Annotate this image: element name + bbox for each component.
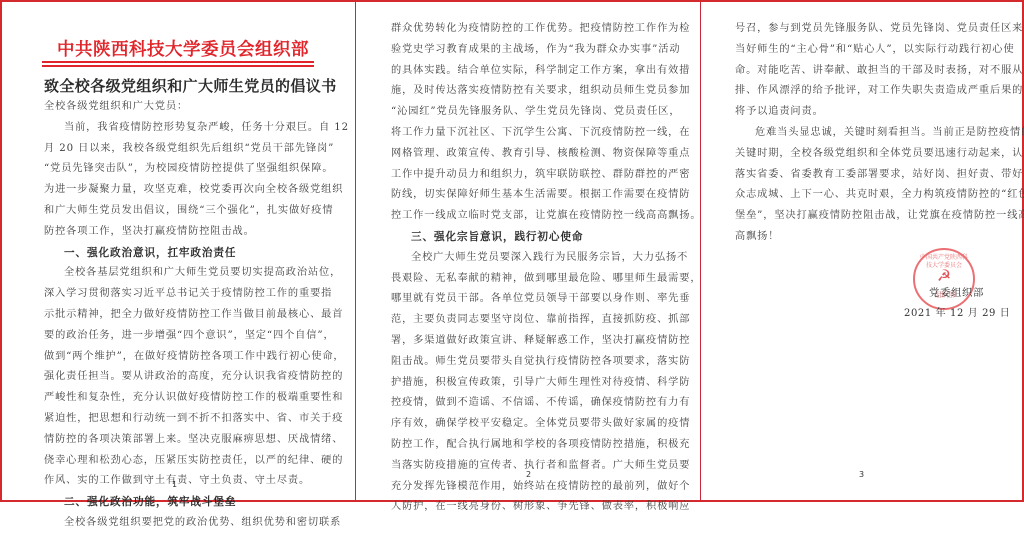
text-line: 验党史学习教育成果的主战场，作为“我为群众办实事”活动 — [391, 40, 701, 61]
official-seal-stamp: 中国共产党陕西科技大学委员会 ☭ 组织部 — [913, 248, 975, 310]
text-line: 阻击战。师生党员要带头自觉执行疫情防控各项要求，落实防 — [391, 352, 701, 373]
text-line: 将工作力量下沉社区、下沉学生公寓、下沉疫情防控一线，在 — [391, 123, 701, 144]
document-title: 致全校各级党组织和广大师生党员的倡议书 — [44, 75, 337, 96]
text-line: 深入学习贯彻落实习近平总书记关于疫情防控工作的重要指 — [44, 284, 349, 305]
header-rule-top — [42, 61, 314, 63]
text-line: 堡垒”，坚决打赢疫情防控阻击战，让党旗在疫情防控一线高 — [735, 206, 1024, 227]
text-line: 号召，参与到党员先锋服务队、党员先锋岗、党员责任区来， — [735, 19, 1024, 40]
header-org-title: 中共陕西科技大学委员会组织部 — [48, 36, 318, 61]
text-line: 控工作一线成立临时党支部，让党旗在疫情防控一线高高飘扬。 — [391, 206, 701, 227]
page-number-1: 1 — [172, 480, 177, 489]
text-line: 哪里就有党员干部。各单位党员领导干部要以身作则、率先垂 — [391, 289, 701, 310]
text-line: 充分发挥先锋模范作用，始终站在疫情防控的最前列，做好个 — [391, 477, 701, 498]
section-heading: 三、强化宗旨意识，践行初心使命 — [391, 227, 701, 248]
text-line: 为进一步凝聚力量，攻坚克难，校党委再次向全校各级党组织 — [44, 180, 349, 201]
text-line: 示批示精神，把全力做好疫情防控工作当做目前最核心、最首 — [44, 305, 349, 326]
section-heading: 一、强化政治意识，扛牢政治责任 — [44, 243, 349, 264]
text-line: 危难当头显忠诚，关键时刻看担当。当前正是防控疫情的 — [735, 123, 1024, 144]
text-line: 作风、实的工作做到守土有责、守土负责、守土尽责。 — [44, 471, 349, 492]
text-line: 人防护，在一线亮身份、树形象、争先锋、做表率，积极响应 — [391, 497, 701, 502]
section-heading: 二、强化政治功能，筑牢战斗堡垒 — [44, 492, 349, 502]
text-line: 全校广大师生党员要深入践行为民服务宗旨，大力弘扬不 — [391, 248, 701, 269]
text-line: 的具体实践。结合单位实际，科学制定工作方案，拿出有效措 — [391, 61, 701, 82]
hammer-sickle-icon: ☭ — [935, 267, 953, 285]
text-line: 群众优势转化为疫情防控的工作优势。把疫情防控工作作为检 — [391, 19, 701, 40]
text-line: 护措施，积极宣传政策，引导广大师生理性对待疫情、科学防 — [391, 373, 701, 394]
text-line: 防线，切实保障好师生基本生活需要。根据工作需要在疫情防 — [391, 185, 701, 206]
text-line: 落实省委、省委教育工委部署要求，站好岗、担好责、带好头， — [735, 165, 1024, 186]
text-line: 全校各级党组织和广大党员： — [44, 97, 349, 118]
page-3: 号召，参与到党员先锋服务队、党员先锋岗、党员责任区来，当好师生的“主心骨”和“贴… — [700, 2, 1022, 500]
text-line: 紧迫性，把思想和行动统一到不折不扣落实中、省、市关于疫 — [44, 409, 349, 430]
text-line: 做到“两个维护”，在做好疫情防控各项工作中践行初心使命， — [44, 347, 349, 368]
text-line: 序有效，确保学校平安稳定。全体党员要带头做好家属的疫情 — [391, 414, 701, 435]
text-line: 全校各基层党组织和广大师生党员要切实提高政治站位， — [44, 263, 349, 284]
text-line: 防控各项工作，坚决打赢疫情防控阻击战。 — [44, 222, 349, 243]
header-rule-bottom — [42, 65, 314, 67]
text-line: “党员先锋突击队”，为校园疫情防控提供了坚强组织保障。 — [44, 159, 349, 180]
text-line: 严峻性和复杂性，充分认识做好疫情防控工作的极端重要性和 — [44, 388, 349, 409]
page-1-body: 全校各级党组织和广大党员：当前，我省疫情防控形势复杂严峻，任务十分艰巨。自 12… — [44, 97, 349, 502]
text-line: 署，多渠道做好政策宣讲、释疑解惑工作，坚决打赢疫情防控 — [391, 331, 701, 352]
text-line: 要的政治任务，进一步增强“四个意识”，坚定“四个自信”， — [44, 326, 349, 347]
text-line: 和广大师生党员发出倡议，围绕“三个强化”，扎实做好疫情 — [44, 201, 349, 222]
text-line: 工作中提升动员力和组织力，筑牢联防联控、群防群控的严密 — [391, 165, 701, 186]
text-line: 控疫情，做到不造谣、不信谣、不传谣，确保疫情防控有力有 — [391, 393, 701, 414]
text-line: 防控工作，配合执行属地和学校的各项疫情防控措施，积极充 — [391, 435, 701, 456]
text-line: 强化责任担当。要从讲政治的高度，充分认识我省疫情防控的 — [44, 367, 349, 388]
signature-date: 2021 年 12 月 29 日 — [904, 304, 1010, 319]
text-line: 月 20 日以来，我校各级党组织先后组织“党员干部先锋岗” — [44, 139, 349, 160]
text-line: 排、作风漂浮的给予批评，对工作失职失责造成严重后果的， — [735, 81, 1024, 102]
page-1: 中共陕西科技大学委员会组织部 致全校各级党组织和广大师生党员的倡议书 全校各级党… — [2, 2, 354, 500]
signature-org: 党委组织部 — [929, 284, 984, 299]
page-number-2: 2 — [526, 470, 531, 479]
text-line: 将予以追责问责。 — [735, 102, 1024, 123]
text-line: 关键时期，全校各级党组织和全体党员要迅速行动起来，认真 — [735, 144, 1024, 165]
text-line: 高飘扬！ — [735, 227, 1024, 248]
page-3-body: 号召，参与到党员先锋服务队、党员先锋岗、党员责任区来，当好师生的“主心骨”和“贴… — [735, 19, 1024, 248]
text-line: 当前，我省疫情防控形势复杂严峻，任务十分艰巨。自 12 — [44, 118, 349, 139]
text-line: 情防控的各项决策部署上来。坚决克服麻痹思想、厌战情绪、 — [44, 430, 349, 451]
text-line: 范，主要负责同志要坚守岗位、靠前指挥，直接抓防疫、抓部 — [391, 310, 701, 331]
text-line: 网格管理、政策宣传、教育引导、核酸检测、物资保障等重点 — [391, 144, 701, 165]
text-line: 畏艰险、无私奉献的精神，做到哪里最危险、哪里师生最需要， — [391, 269, 701, 290]
page-2-body: 群众优势转化为疫情防控的工作优势。把疫情防控工作作为检验党史学习教育成果的主战场… — [391, 19, 701, 502]
text-line: “沁园红”党员先锋服务队、学生党员先锋岗、党员责任区， — [391, 102, 701, 123]
text-line: 当好师生的“主心骨”和“贴心人”，以实际行动践行初心使 — [735, 40, 1024, 61]
text-line: 当落实防疫措施的宣传者、执行者和监督者。广大师生党员要 — [391, 456, 701, 477]
page-2: 群众优势转化为疫情防控的工作优势。把疫情防控工作作为检验党史学习教育成果的主战场… — [355, 2, 699, 500]
text-line: 侥幸心理和松劲心态，压紧压实防控责任，以严的纪律、硬的 — [44, 451, 349, 472]
text-line: 众志成城、上下一心、共克时艰，全力构筑疫情防控的“红色 — [735, 185, 1024, 206]
page-number-3: 3 — [859, 470, 864, 479]
text-line: 施，及时传达落实疫情防控有关要求，组织动员师生党员参加 — [391, 81, 701, 102]
text-line: 命。对能吃苦、讲奉献、敢担当的干部及时表扬，对不服从安 — [735, 61, 1024, 82]
